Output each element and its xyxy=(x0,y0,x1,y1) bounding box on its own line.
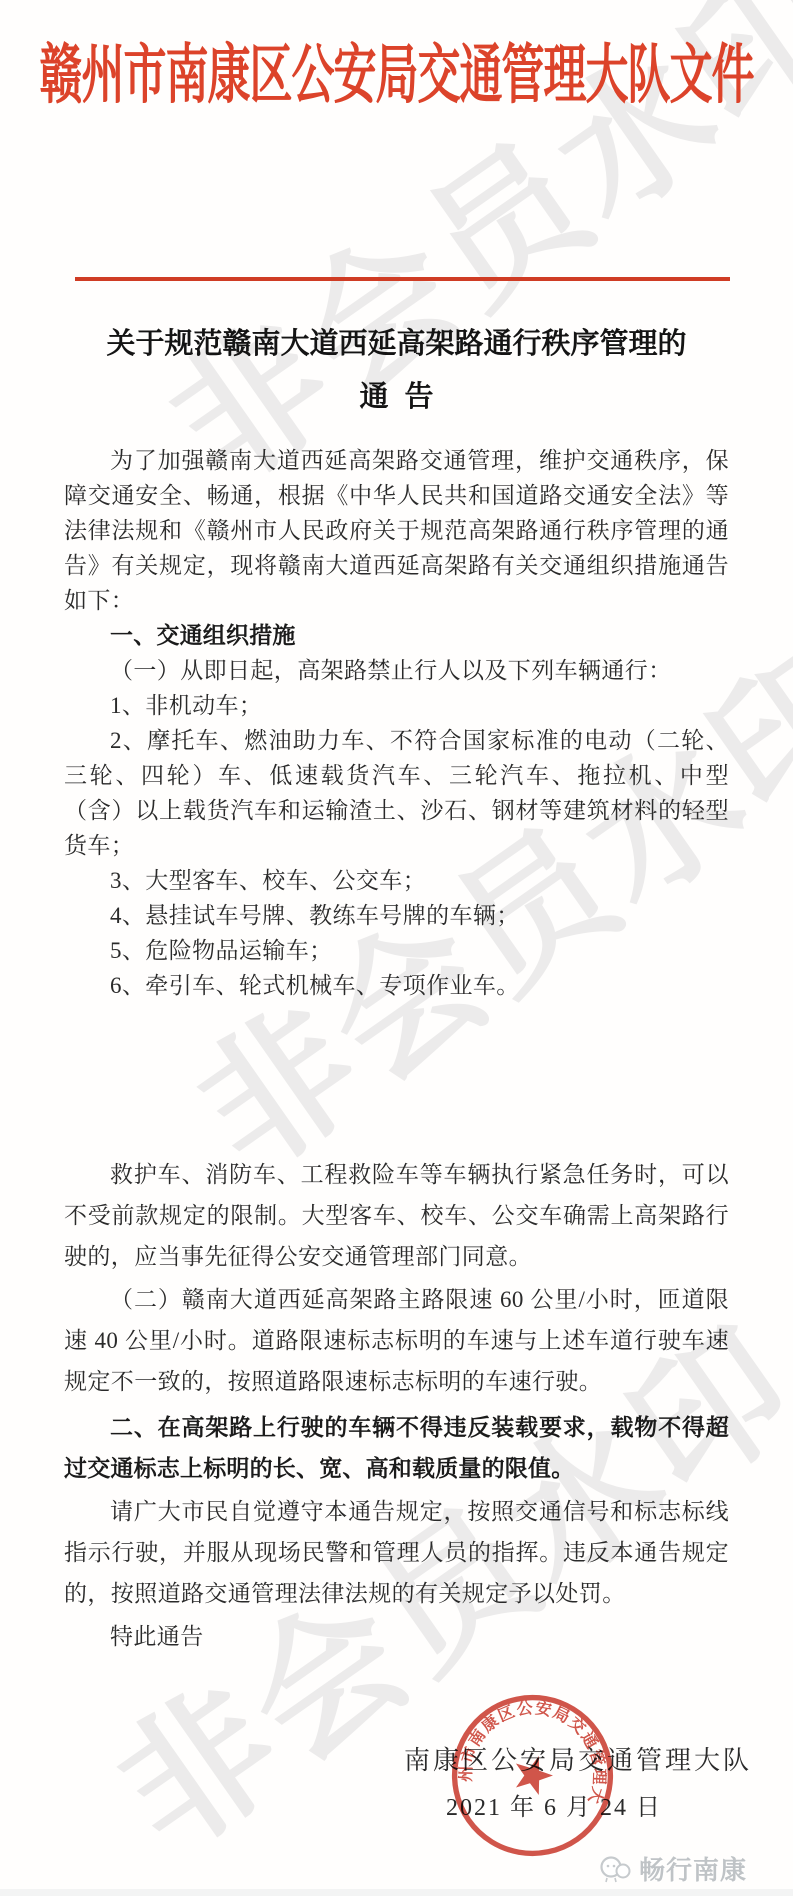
prohibited-item-6: 6、牵引车、轮式机械车、专项作业车。 xyxy=(64,968,729,1003)
prohibited-item-5: 5、危险物品运输车； xyxy=(64,933,729,968)
section-1-subheading: （一）从即日起，高架路禁止行人以及下列车辆通行： xyxy=(64,653,729,688)
section-2-heading: 二、在高架路上行驶的车辆不得违反装载要求，载物不得超过交通标志上标明的长、宽、高… xyxy=(64,1407,729,1489)
compliance-paragraph: 请广大市民自觉遵守本通告规定，按照交通信号和标志标线指示行驶，并服从现场民警和管… xyxy=(64,1491,729,1614)
seal-star-icon xyxy=(509,1750,557,1797)
intro-paragraph: 为了加强赣南大道西延高架路交通管理，维护交通秩序，保障交通安全、畅通，根据《中华… xyxy=(64,443,729,618)
emergency-exception-paragraph: 救护车、消防车、工程救险车等车辆执行紧急任务时，可以不受前款规定的限制。大型客车… xyxy=(64,1154,729,1277)
document-title-line2: 通告 xyxy=(0,371,793,424)
prohibited-item-4: 4、悬挂试车号牌、教练车号牌的车辆； xyxy=(64,898,729,933)
document-title-line1: 关于规范赣南大道西延高架路通行秩序管理的 xyxy=(0,318,793,371)
bottom-edge-strip xyxy=(0,1889,793,1896)
notice-body-page1: 为了加强赣南大道西延高架路交通管理，维护交通秩序，保障交通安全、畅通，根据《中华… xyxy=(64,443,729,1003)
speed-limit-paragraph: （二）赣南大道西延高架路主路限速 60 公里/小时，匝道限速 40 公里/小时。… xyxy=(64,1279,729,1402)
letterhead-divider-line xyxy=(75,277,730,281)
prohibited-item-1: 1、非机动车； xyxy=(64,688,729,723)
document-title: 关于规范赣南大道西延高架路通行秩序管理的 通告 xyxy=(0,318,793,424)
prohibited-item-2: 2、摩托车、燃油助力车、不符合国家标准的电动（二轮、三轮、四轮）车、低速载货汽车… xyxy=(64,723,729,863)
section-1-heading: 一、交通组织措施 xyxy=(64,618,729,653)
footer-brand: 畅行南康 xyxy=(599,1850,747,1887)
notice-body-page2: 救护车、消防车、工程救险车等车辆执行紧急任务时，可以不受前款规定的限制。大型客车… xyxy=(64,1152,729,1657)
agency-letterhead: 赣州市南康区公安局交通管理大队文件 xyxy=(0,25,793,117)
official-notice-document: 非会员水印 非会员水印 非会员水印 赣州市南康区公安局交通管理大队文件 关于规范… xyxy=(0,0,793,1896)
closing-line: 特此通告 xyxy=(64,1616,729,1657)
brand-name: 畅行南康 xyxy=(639,1850,747,1887)
official-seal: 赣州市南康区公安局交通管理大队 xyxy=(425,1668,639,1882)
prohibited-item-3: 3、大型客车、校车、公交车； xyxy=(64,863,729,898)
